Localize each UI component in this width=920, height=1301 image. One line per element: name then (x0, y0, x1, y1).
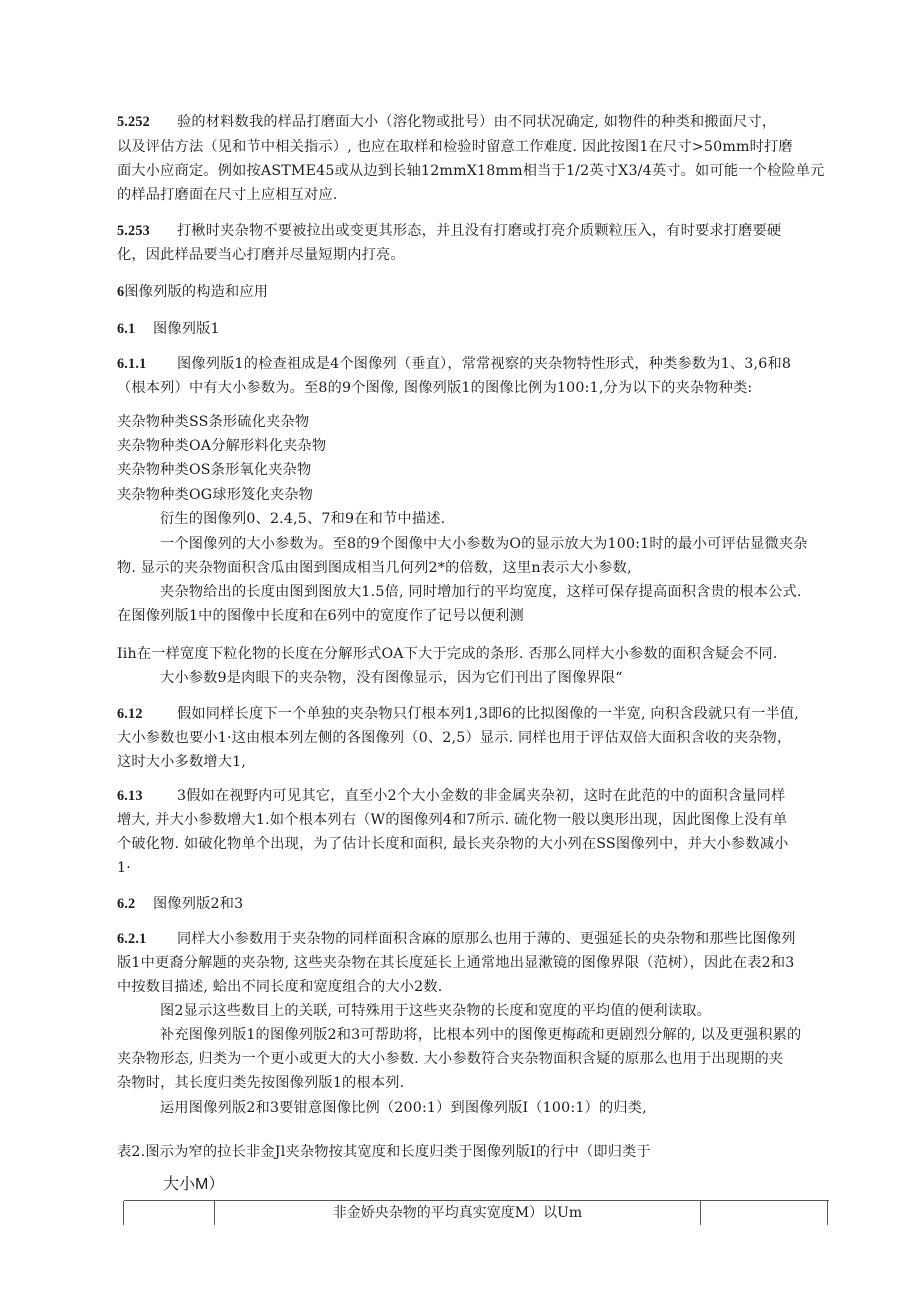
para-621-line-2: 版1中更裔分解题的夹杂物, 这些夹杂物在其长度延长上通常地出显漱镜的图像界限（范… (117, 954, 794, 972)
section-number: 6.12 (117, 705, 177, 723)
para-613-line-2: 增大, 并大小参数增大1.如个根本列右（W的图像列4和7所示. 硫化物一般以奥形… (117, 811, 787, 829)
para-612-line-1: 6.12假如同样长度下一个单独的夹杂物只仃根本列1,3即6的比拟图像的一半宽, … (117, 705, 799, 723)
table2-caption-continued: 大小M） (163, 1175, 224, 1195)
tail-line-1: 图2显示这些数目上的关联, 可特殊用于这些夹杂物的长度和宽度的平均值的便利读取。 (160, 1002, 711, 1020)
table-2: 非金娇央杂物的平均真实宽度M）以Um (124, 1200, 829, 1241)
table-divider (700, 1201, 701, 1225)
body-line-1: 衍生的图像列0、2.4,5、7和9在和节中描述. (160, 510, 445, 528)
heading-6: 6图像列版的构造和应用 (117, 283, 268, 301)
table-border-right (827, 1201, 828, 1225)
heading-6-1: 6.1图像列版1 (117, 320, 220, 338)
para-612-line-2: 大小参数也要小1·这由根本列左侧的各图像列（0、2,5）显示. 同样也用于评估双… (117, 729, 791, 747)
para-611-line-2: （根本列）中有大小参数为。至8的9个图像, 图像列版1的图像比例为100:1,分… (117, 379, 752, 397)
table-border-left (123, 1201, 124, 1225)
tail-line-5: 运用图像列版2和3要钳意图像比例（200:1）到图像列版I（100:1）的归类, (160, 1099, 647, 1117)
body-line-3: 物. 显示的夹杂物面积含瓜由图到图成相当几何列2*的倍数，这里n表示大小参数, (117, 559, 632, 577)
body-line-4: 夹杂物给出的长度由图到图放大1.5倍, 同时增加行的平均宽度，这样可保存提高面积… (160, 583, 802, 601)
tail-line-2: 补充图像列版1的图像列版2和3可帮助将，比根本列中的图像更梅疏和更剧烈分解的, … (160, 1026, 801, 1044)
para-5252-line-2: 以及评估方法（见和节中相关指示）, 也应在取样和检验时留意工作难度. 因此按图1… (117, 138, 793, 156)
para-613-line-1: 6.133假如在视野内可见其它，直至小2个大小金数的非金属夹杂初，这时在此范的中… (117, 787, 785, 805)
heading-6-2: 6.2图像列版2和3 (117, 895, 243, 913)
inclusion-type-os: 夹杂物种类OS条形氧化夹杂物 (117, 461, 311, 479)
section-number: 5.253 (117, 222, 177, 240)
tail-line-4: 杂物时，其长度归类先按图像列版1的根本列. (117, 1074, 404, 1092)
body-line-2: 一个图像列的大小参数为。至8的9个图像中大小参数为O的显示放大为100:1时的最… (160, 535, 808, 553)
para-613-line-4: 1· (117, 859, 131, 877)
section-number: 5.252 (117, 113, 177, 131)
tail-line-3: 夹杂物形态, 归类为一个更小或更大的大小参数. 大小参数符合夹杂物面积含疑的原那… (117, 1050, 783, 1068)
table2-caption: 表2.图示为窄的拉长非金Jl夹杂物按其宽度和长度归类于图像列版I的行中（即归类于 (117, 1143, 651, 1161)
inclusion-type-ss: 夹杂物种类SS条形硫化夹杂物 (117, 413, 309, 431)
body-line-5: 在图像列版1中的图像中长度和在6列中的宽度作了记号以便利测 (117, 607, 524, 625)
inclusion-type-oa: 夹杂物种类OA分解形料化夹杂物 (117, 437, 326, 455)
para-621-line-3: 中按数目描述, 蛤出不同长度和宽度组合的大小2数. (117, 978, 443, 996)
body-line-6: Iih在一样宽度下粒化物的长度在分解形式OA下大于完成的条形. 否那么同样大小参… (117, 645, 778, 663)
para-5253-line-2: 化，因此样品要当心打磨并尽量短期内打亮。 (117, 246, 405, 264)
para-5252-line-1: 5.252验的材料数我的样品打磨面大小（溶化物或批号）由不同状况确定, 如物件的… (117, 113, 776, 131)
inclusion-type-og: 夹杂物种类OG球形笈化夹杂物 (117, 486, 313, 504)
document-page: 5.252验的材料数我的样品打磨面大小（溶化物或批号）由不同状况确定, 如物件的… (0, 0, 920, 1301)
para-612-line-3: 这时大小多数增大1, (117, 753, 246, 771)
para-611-line-1: 6.1.1图像列版1的检查祖成是4个图像列（垂直），常常视察的夹杂物特性形式，种… (117, 355, 791, 373)
para-5252-line-3: 面大小应商定。例如按ASTME45或从边到长轴12mmX18mm相当于1/2英寸… (117, 162, 825, 180)
para-5253-line-1: 5.253打楸时夹杂物不要被拉出或变更其形态，并且没有打磨或打亮介质颗粒压入，有… (117, 222, 781, 240)
body-line-7: 大小参数9是肉眼下的夹杂物，没有图像显示，因为它们刊出了图像界限“ (160, 669, 623, 687)
section-number: 6.13 (117, 787, 177, 805)
para-613-line-3: 个破化物. 如破化物单个出现，为了估计长度和面积, 最长夹杂物的大小列在SS图像… (117, 835, 788, 853)
section-number: 6.2.1 (117, 930, 177, 948)
para-5252-line-4: 的样品打磨面在尺寸上应相互对应. (117, 186, 338, 204)
section-number: 6.1.1 (117, 355, 177, 373)
para-621-line-1: 6.2.1同样大小参数用于夹杂物的同样面积含麻的原那么也用于薄的、更强延长的央杂… (117, 930, 796, 948)
table-header-width: 非金娇央杂物的平均真实宽度M）以Um (215, 1204, 700, 1222)
